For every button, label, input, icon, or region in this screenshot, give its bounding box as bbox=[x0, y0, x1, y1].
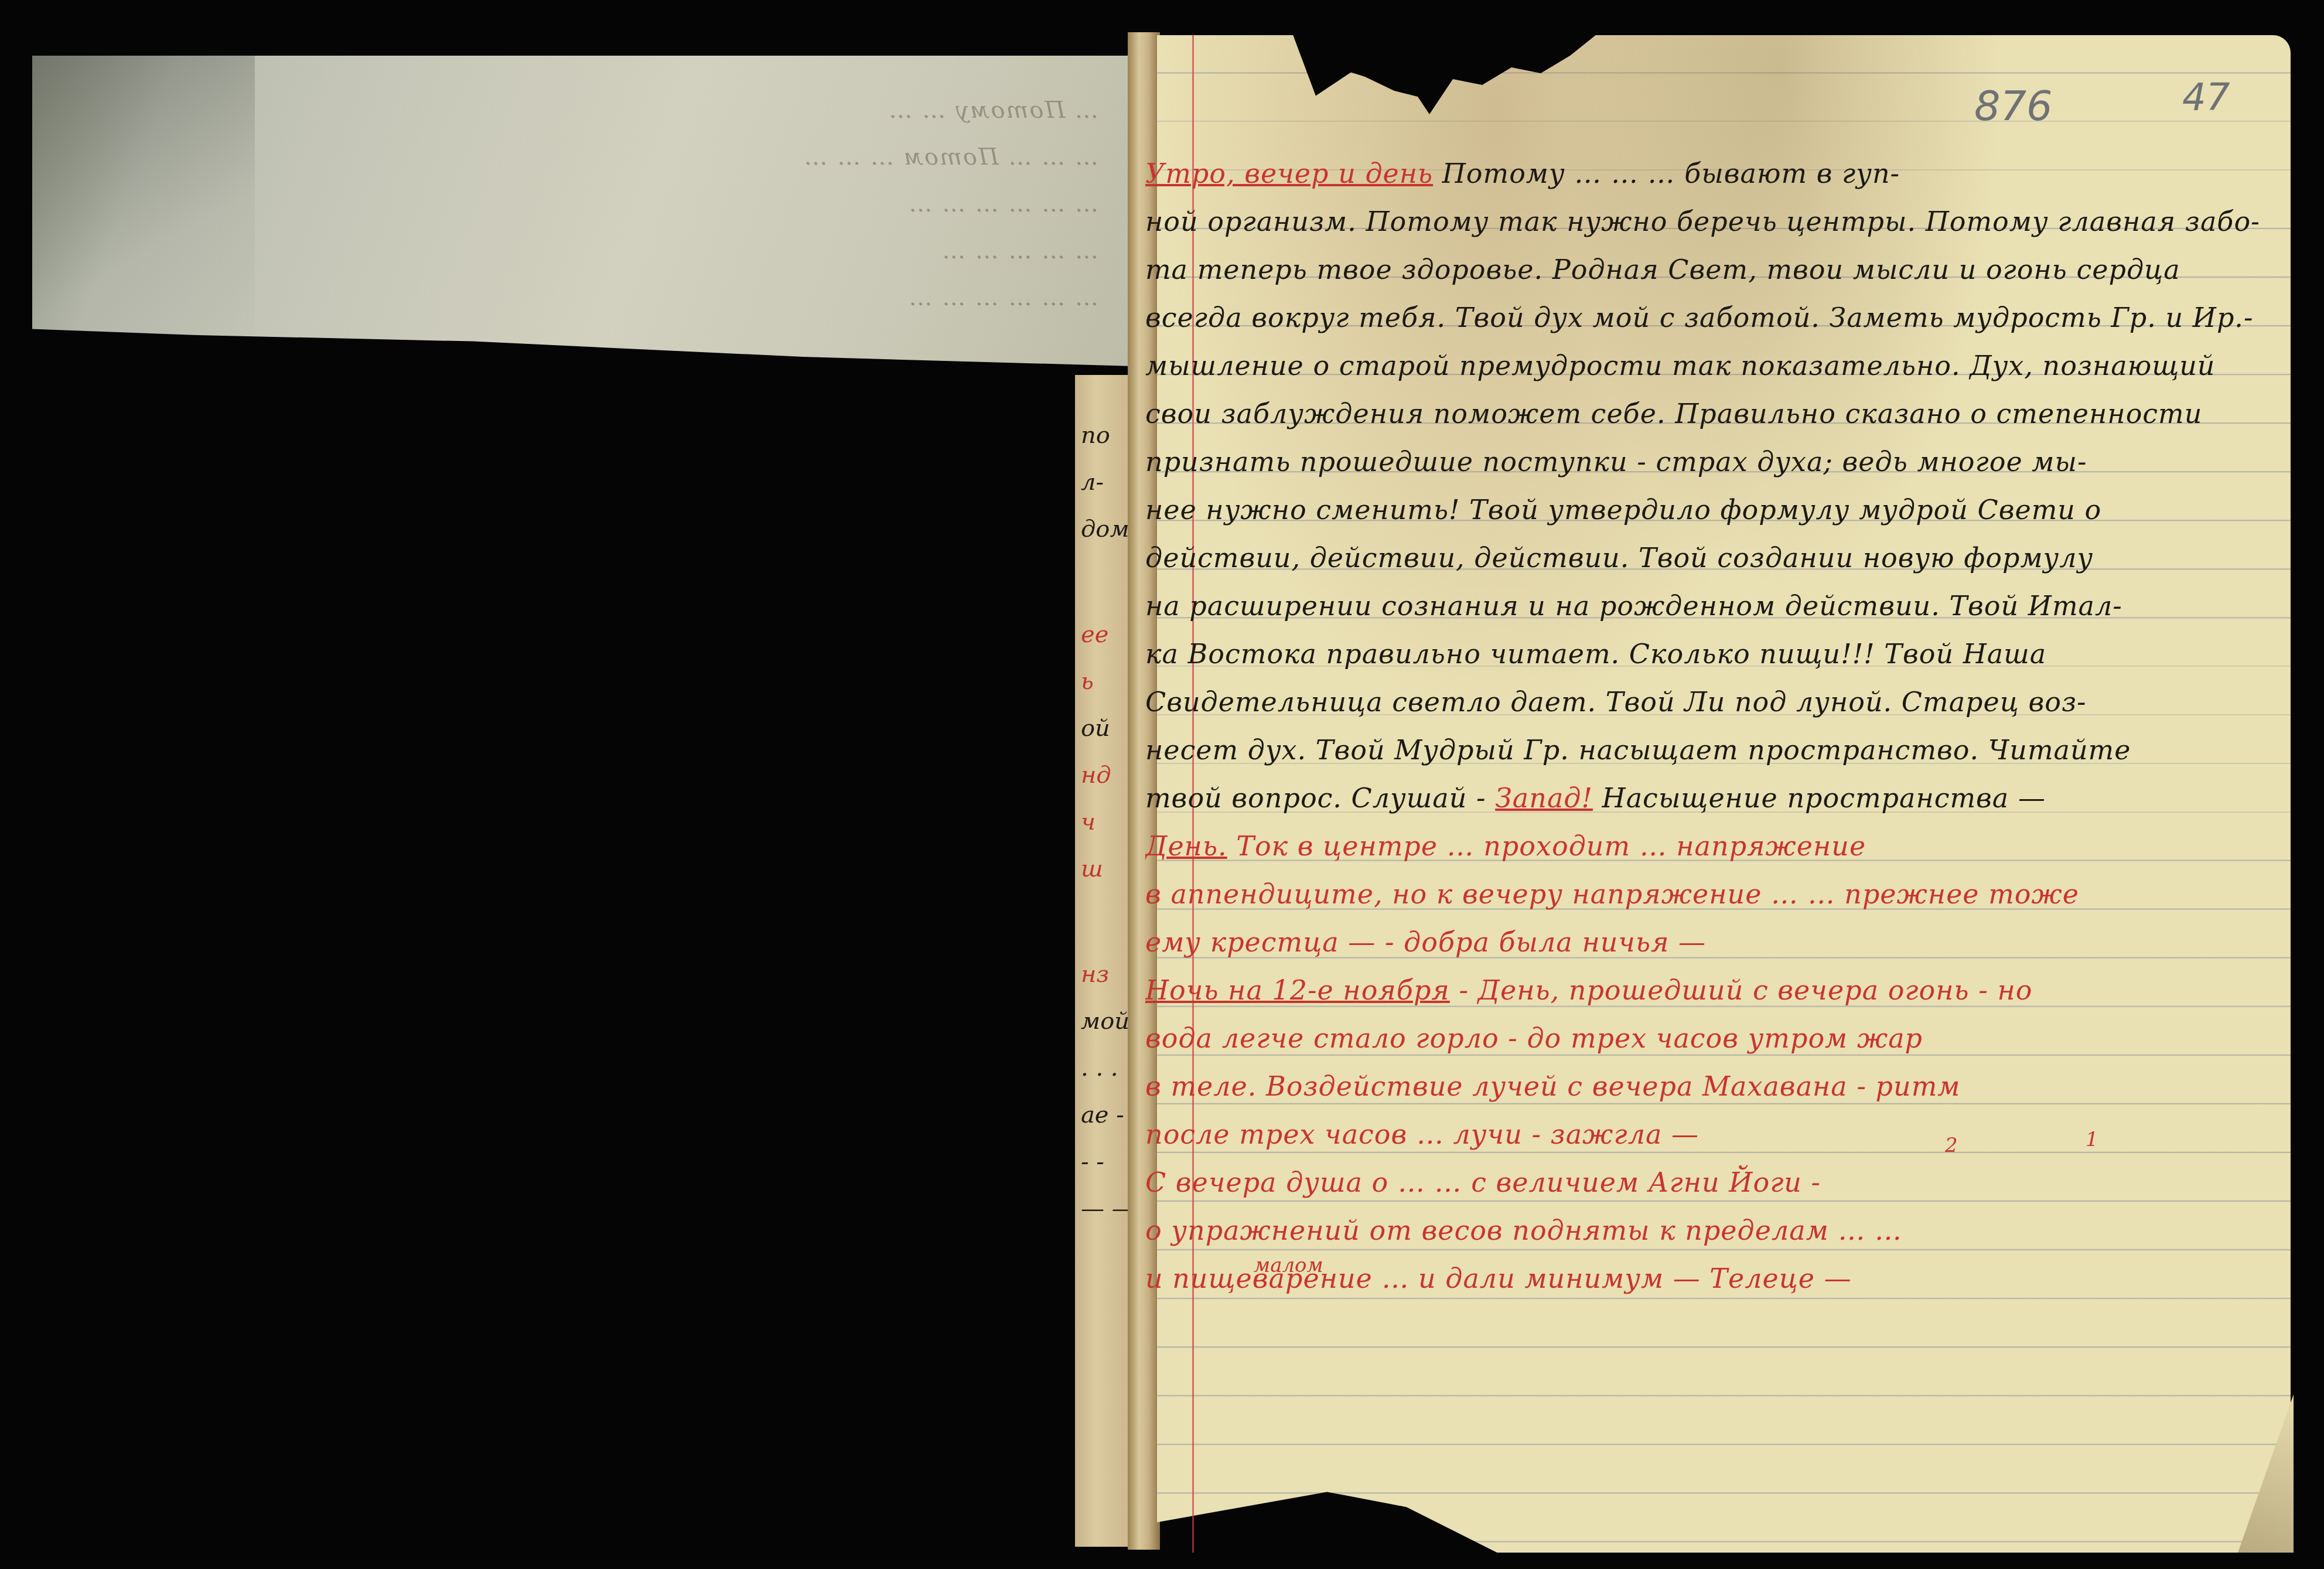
red-underlined-word: День. bbox=[1145, 830, 1227, 862]
page-number: 47 bbox=[2182, 76, 2230, 120]
manuscript-line: ка Востока правильно читает. Сколько пищ… bbox=[1145, 630, 2258, 678]
strip-fragment: нз bbox=[1081, 961, 1109, 988]
manuscript-line: о упражнений от весов подняты к пределам… bbox=[1145, 1206, 2258, 1254]
manuscript-line: Свидетельница светло дает. Твой Ли под л… bbox=[1145, 678, 2258, 726]
manuscript-line: несет дух. Твой Мудрый Гр. насыщает прос… bbox=[1145, 726, 2258, 774]
strip-fragment: ее bbox=[1081, 621, 1108, 648]
manuscript-line: в теле. Воздействие лучей с вечера Махав… bbox=[1145, 1062, 2258, 1110]
strip-fragment: ш bbox=[1081, 855, 1103, 882]
manuscript-line: нее нужно сменить! Твой утвердило формул… bbox=[1145, 486, 2258, 534]
manuscript-line: признать прошедшие поступки - страх духа… bbox=[1145, 438, 2258, 486]
tissue-line: … Потому … … bbox=[161, 97, 1098, 144]
manuscript-line: на расширении сознания и на рожденном де… bbox=[1145, 582, 2258, 630]
strip-fragment: ь bbox=[1081, 668, 1094, 695]
tissue-line: … … … … … … bbox=[161, 190, 1098, 237]
manuscript-line: вода легче стало горло - до трех часов у… bbox=[1145, 1014, 2258, 1062]
manuscript-line: С вечера душа о … … с величием Агни Йоги… bbox=[1145, 1158, 2258, 1206]
manuscript-line: та теперь твое здоровье. Родная Свет, тв… bbox=[1145, 245, 2258, 294]
interlinear-note: 2 bbox=[1945, 1134, 1958, 1157]
interlinear-note: 1 bbox=[2086, 1128, 2098, 1151]
interlinear-note: малом bbox=[1254, 1254, 1323, 1277]
manuscript-line: Ночь на 12-е ноября - День, прошедший с … bbox=[1145, 966, 2258, 1014]
strip-fragment: л- bbox=[1081, 469, 1104, 496]
manuscript-line: действии, действии, действии. Твой созда… bbox=[1145, 534, 2258, 582]
strip-fragment: мой bbox=[1081, 1008, 1129, 1035]
manuscript-line: в аппендиците, но к вечеру напряжение … … bbox=[1145, 870, 2258, 918]
manuscript-line: День. Ток в центре … проходит … напряжен… bbox=[1145, 822, 2258, 870]
strip-fragment: ае - bbox=[1081, 1101, 1124, 1128]
tissue-line: … … … … … … bbox=[161, 284, 1098, 331]
tissue-paper-overlay: … Потому … … … … … Потом … … … … … … … …… bbox=[32, 56, 1134, 366]
archive-number: 876 bbox=[1974, 82, 2053, 130]
strip-fragment: . . . bbox=[1081, 1055, 1118, 1082]
strip-fragment: дом bbox=[1081, 516, 1129, 543]
red-heading: Утро, вечер и день bbox=[1145, 158, 1433, 189]
strip-fragment: ой bbox=[1081, 715, 1110, 742]
strip-fragment: нд bbox=[1081, 762, 1111, 789]
strip-fragment: ч bbox=[1081, 809, 1096, 835]
tissue-show-through-text: … Потому … … … … … Потом … … … … … … … …… bbox=[161, 97, 1098, 331]
manuscript-line: всегда вокруг тебя. Твой дух мой с забот… bbox=[1145, 294, 2258, 342]
manuscript-line: ной организм. Потому так нужно беречь це… bbox=[1145, 197, 2258, 245]
tissue-line: … … … Потом … … … bbox=[161, 144, 1098, 190]
previous-page-strip: по л- дом ее ь ой нд ч ш нз мой . . . ае… bbox=[1075, 375, 1128, 1547]
manuscript-line: свои заблуждения поможет себе. Правильно… bbox=[1145, 390, 2258, 438]
manuscript-line: ему крестца — - добра была ничья — bbox=[1145, 918, 2258, 966]
manuscript-line: Утро, вечер и день Потому … … … бывают в… bbox=[1145, 149, 2258, 197]
strip-fragment: - - bbox=[1081, 1148, 1104, 1175]
red-underlined-word: Запад! bbox=[1495, 782, 1593, 814]
tissue-line: … … … … … bbox=[161, 237, 1098, 284]
red-underlined-heading: Ночь на 12-е ноября bbox=[1145, 974, 1450, 1006]
manuscript-line: мышление о старой премудрости так показа… bbox=[1145, 342, 2258, 390]
strip-fragment: по bbox=[1081, 422, 1110, 449]
manuscript-line: твой вопрос. Слушай - Запад! Насыщение п… bbox=[1145, 774, 2258, 822]
